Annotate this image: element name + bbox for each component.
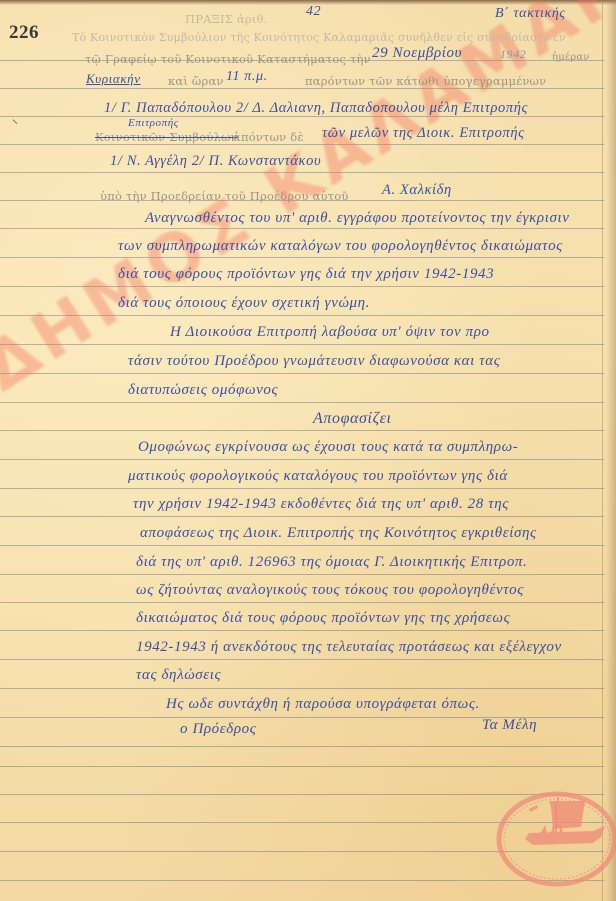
body-line: διά της υπ' αριθ. 126963 της όμοιας Γ. Δ… — [136, 554, 527, 571]
body-line: ως ζήτούντας αναλογικούς τους τόκους του… — [136, 582, 524, 599]
absent-members: 1/ Ν. Αγγέλη 2/ Π. Κωνσταντάκου — [110, 153, 321, 170]
struck-printed-text: Κοινοτικῶν Συμβούλων — [95, 130, 238, 144]
page-right-edge — [606, 0, 616, 901]
ruled-line — [0, 574, 604, 575]
ruled-line — [0, 630, 604, 631]
printed-minute-label: ΠΡΑΞΙΣ ἀριθ. — [185, 12, 268, 26]
body-line: ματικούς φορολογικούς καταλόγους του προ… — [128, 468, 508, 485]
body-line: δικαιώματος διά τους φόρους προϊόντων γη… — [136, 610, 510, 627]
body-line: διά τους όποιους έχουν σχετική γνώμη. — [118, 295, 370, 312]
ruled-line — [0, 766, 604, 767]
printed-header-line-2: τῷ Γραφείῳ τοῦ Κοινοτικοῦ Καταστήματος τ… — [85, 52, 371, 66]
ruled-line — [0, 257, 604, 258]
minute-number: 42 — [306, 4, 321, 20]
president-name: Α. Χαλκίδη — [382, 182, 452, 199]
printed-absent-label: ἀπόντων δὲ — [233, 130, 304, 144]
ruled-line — [0, 659, 604, 660]
body-line: διά τους φόρους προϊόντων γης διά την χρ… — [118, 266, 494, 283]
ruled-line — [0, 488, 604, 489]
present-members: 1/ Γ. Παπαδόπουλου 2/ Δ. Δαλιανη, Παπαδο… — [104, 100, 528, 117]
printed-hour-label: καὶ ὥραν — [168, 74, 224, 88]
body-line: Αναγνωσθέντος του υπ' αριθ. εγγράφου προ… — [145, 210, 569, 227]
meeting-hour: 11 π.μ. — [226, 69, 268, 85]
ruled-line — [0, 430, 604, 431]
body-line: Ομοφώνως εγκρίνουσα ως έχουσι τους κατά … — [138, 439, 518, 456]
body-line: διατυπώσεις ομόφωνος — [128, 382, 278, 399]
printed-header-line-1: Τὸ Κοινοτικὸν Συμβούλιον τῆς Κοινότητος … — [72, 31, 566, 44]
closing-statement: Ης ωδε συντάχθη ή παρούσα υπογράφεται όπ… — [166, 696, 480, 713]
body-line: αποφάσεως της Διοικ. Επιτροπής της Κοινό… — [140, 525, 537, 542]
correction-above: Επιτροπής — [128, 117, 179, 129]
ship-stamp-icon — [493, 787, 616, 891]
ruled-line — [0, 459, 604, 460]
printed-attendees-label: παρόντων τῶν κάτωθι ὑπογεγραμμένων — [305, 74, 546, 88]
ruled-line — [0, 602, 604, 603]
session-type: Β΄ τακτικής — [495, 6, 566, 22]
margin-mark: ⸌ — [12, 115, 18, 132]
ruled-line — [0, 516, 604, 517]
decision-heading: Αποφασίζει — [313, 410, 392, 428]
ruled-line — [0, 746, 604, 747]
body-line: την χρήσιν 1942-1943 εκδοθέντες διά της … — [133, 496, 509, 513]
absent-members-label: τῶν μελῶν της Διοικ. Επιτροπής — [322, 125, 525, 142]
document-page: ΔΗΜΟΣ ΚΑΛΑΜΑΡΙΑΣ 226 ΠΡΑΞΙΣ ἀριθ. 42 Β΄ … — [0, 0, 616, 901]
body-line: τάσιν τούτου Προέδρου γνωμάτευσιν διαφων… — [128, 353, 500, 370]
meeting-year: 1942 — [500, 47, 526, 62]
ruled-line — [0, 402, 604, 403]
printed-day-label: ἡμέραν — [552, 52, 590, 63]
ruled-line — [0, 688, 604, 689]
meeting-weekday: Κυριακήν — [86, 71, 141, 87]
body-line: Η Διοικούσα Επιτροπή λαβούσα υπ' όψιν το… — [170, 324, 490, 341]
signature-president-label: ο Πρόεδρος — [180, 721, 256, 738]
ruled-line — [0, 373, 604, 374]
body-line: τας δηλώσεις — [136, 667, 221, 684]
ruled-line — [0, 228, 604, 229]
body-line: 1942-1943 ή ανεκδότους της τελευταίας πρ… — [136, 639, 562, 656]
body-line: των συμπληρωματικών καταλόγων του φορολο… — [118, 238, 563, 255]
meeting-date: 29 Νοεμβρίου — [372, 45, 462, 62]
printed-presiding-label: ὑπὸ τὴν Προεδρείαν τοῦ Προέδρου αὐτοῦ — [100, 189, 349, 203]
page-number: 226 — [9, 22, 39, 44]
ruled-line — [0, 545, 604, 546]
signature-members-label: Τα Μέλη — [482, 717, 537, 734]
